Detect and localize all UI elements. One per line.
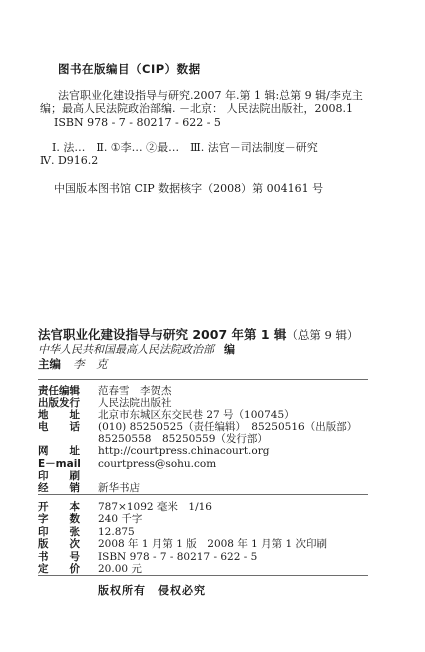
detail-value: 2008 年 1 月第 1 版 2008 年 1 月第 1 次印刷: [98, 538, 327, 550]
detail-label: 地 址: [38, 409, 98, 421]
divider-rule-bottom: [38, 575, 368, 576]
detail-value: (010) 85250525（责任编辑） 85250516（出版部）: [98, 421, 357, 433]
book-title-suffix: （总第 9 辑）: [286, 328, 358, 342]
publication-detail-row: 印 刷: [38, 470, 405, 482]
detail-label: 网 址: [38, 445, 98, 457]
copyright-notice: 版权所有 侵权必究: [98, 582, 206, 598]
cip-isbn-line: ISBN 978 - 7 - 80217 - 622 - 5: [54, 116, 399, 129]
publication-detail-row: E－mailcourtpress@sohu.com: [38, 458, 405, 470]
cip-heading: 图书在版编目（CIP）数据: [58, 61, 399, 77]
cip-data-section: 图书在版编目（CIP）数据 法官职业化建设指导与研究.2007 年.第 1 辑:…: [40, 61, 399, 196]
chief-editor-line: 主编李 克: [38, 357, 405, 372]
divider-rule-top: [38, 379, 368, 380]
publication-detail-row: 网 址http://courtpress.chinacourt.org: [38, 445, 405, 457]
detail-label: 书 号: [38, 551, 98, 563]
printing-detail-row: 定 价20.00 元: [38, 563, 405, 575]
printing-detail-row: 字 数240 千字: [38, 513, 405, 525]
detail-value: 85250558 85250559（发行部）: [98, 433, 268, 445]
detail-label: E－mail: [38, 458, 98, 470]
publication-detail-row: 出版发行人民法院出版社: [38, 397, 405, 409]
detail-label: 印 张: [38, 526, 98, 538]
detail-label: 经 销: [38, 482, 98, 494]
detail-value: 787×1092 毫米 1/16: [98, 501, 212, 513]
printing-detail-row: 印 张12.875: [38, 526, 405, 538]
chief-editor-name: 李 克: [73, 357, 108, 371]
detail-value: 12.875: [98, 526, 135, 538]
printing-detail-row: 开 本787×1092 毫米 1/16: [38, 501, 405, 513]
book-title-main: 法官职业化建设指导与研究 2007 年第 1 辑: [38, 327, 286, 342]
publication-detail-row: 85250558 85250559（发行部）: [38, 433, 405, 445]
cip-record: 法官职业化建设指导与研究.2007 年.第 1 辑:总第 9 辑/李克主 编；最…: [40, 89, 399, 129]
detail-value: courtpress@sohu.com: [98, 458, 216, 470]
editor-role: 编: [224, 343, 235, 356]
publication-detail-row: 地 址北京市东城区东交民巷 27 号（100745）: [38, 409, 405, 421]
title-block: 法官职业化建设指导与研究 2007 年第 1 辑（总第 9 辑） 中华人民共和国…: [38, 327, 405, 372]
publication-detail-row: 电 话(010) 85250525（责任编辑） 85250516（出版部）: [38, 421, 405, 433]
detail-label: 开 本: [38, 501, 98, 513]
publication-details: 责任编辑范春雪 李贺杰 出版发行人民法院出版社 地 址北京市东城区东交民巷 27…: [38, 385, 405, 494]
detail-label: 字 数: [38, 513, 98, 525]
detail-value: 新华书店: [98, 482, 140, 494]
printing-details: 开 本787×1092 毫米 1/16 字 数240 千字 印 张12.875 …: [38, 501, 405, 575]
cip-registry-number: 中国版本图书馆 CIP 数据核字（2008）第 004161 号: [54, 180, 399, 196]
cip-record-line2: 编；最高人民法院政治部编. －北京： 人民法院出版社，2008.1: [40, 102, 399, 115]
printing-detail-row: 版 次2008 年 1 月第 1 版 2008 年 1 月第 1 次印刷: [38, 538, 405, 550]
detail-value: ISBN 978 - 7 - 80217 - 622 - 5: [98, 551, 257, 563]
editor-organization-line: 中华人民共和国最高人民法院政治部编: [38, 343, 405, 357]
cip-classification-line1: Ⅰ. 法… Ⅱ. ①李… ②最… Ⅲ. 法官－司法制度－研究: [52, 141, 399, 154]
detail-value: 240 千字: [98, 513, 142, 525]
book-title: 法官职业化建设指导与研究 2007 年第 1 辑（总第 9 辑）: [38, 327, 405, 343]
detail-label: 出版发行: [38, 397, 98, 409]
divider-rule-middle: [38, 494, 368, 495]
publication-detail-row: 经 销新华书店: [38, 482, 405, 494]
cip-classification: Ⅰ. 法… Ⅱ. ①李… ②最… Ⅲ. 法官－司法制度－研究 Ⅳ. D916.2: [40, 141, 399, 168]
detail-label: 定 价: [38, 563, 98, 575]
detail-value: 20.00 元: [98, 563, 142, 575]
printing-detail-row: 书 号ISBN 978 - 7 - 80217 - 622 - 5: [38, 551, 405, 563]
book-copyright-page: 图书在版编目（CIP）数据 法官职业化建设指导与研究.2007 年.第 1 辑:…: [0, 0, 425, 652]
publication-detail-row: 责任编辑范春雪 李贺杰: [38, 385, 405, 397]
editor-organization: 中华人民共和国最高人民法院政治部: [38, 343, 214, 356]
detail-label: 版 次: [38, 538, 98, 550]
detail-value: 北京市东城区东交民巷 27 号（100745）: [98, 409, 295, 421]
detail-value: http://courtpress.chinacourt.org: [98, 445, 269, 457]
detail-label: 责任编辑: [38, 385, 98, 397]
detail-value: 范春雪 李贺杰: [98, 385, 172, 397]
detail-label: 印 刷: [38, 470, 98, 482]
chief-editor-label: 主编: [38, 357, 61, 371]
detail-value: 人民法院出版社: [98, 397, 172, 409]
cip-record-line1: 法官职业化建设指导与研究.2007 年.第 1 辑:总第 9 辑/李克主: [58, 89, 399, 102]
cip-classification-line2: Ⅳ. D916.2: [40, 154, 399, 167]
detail-label: 电 话: [38, 421, 98, 433]
